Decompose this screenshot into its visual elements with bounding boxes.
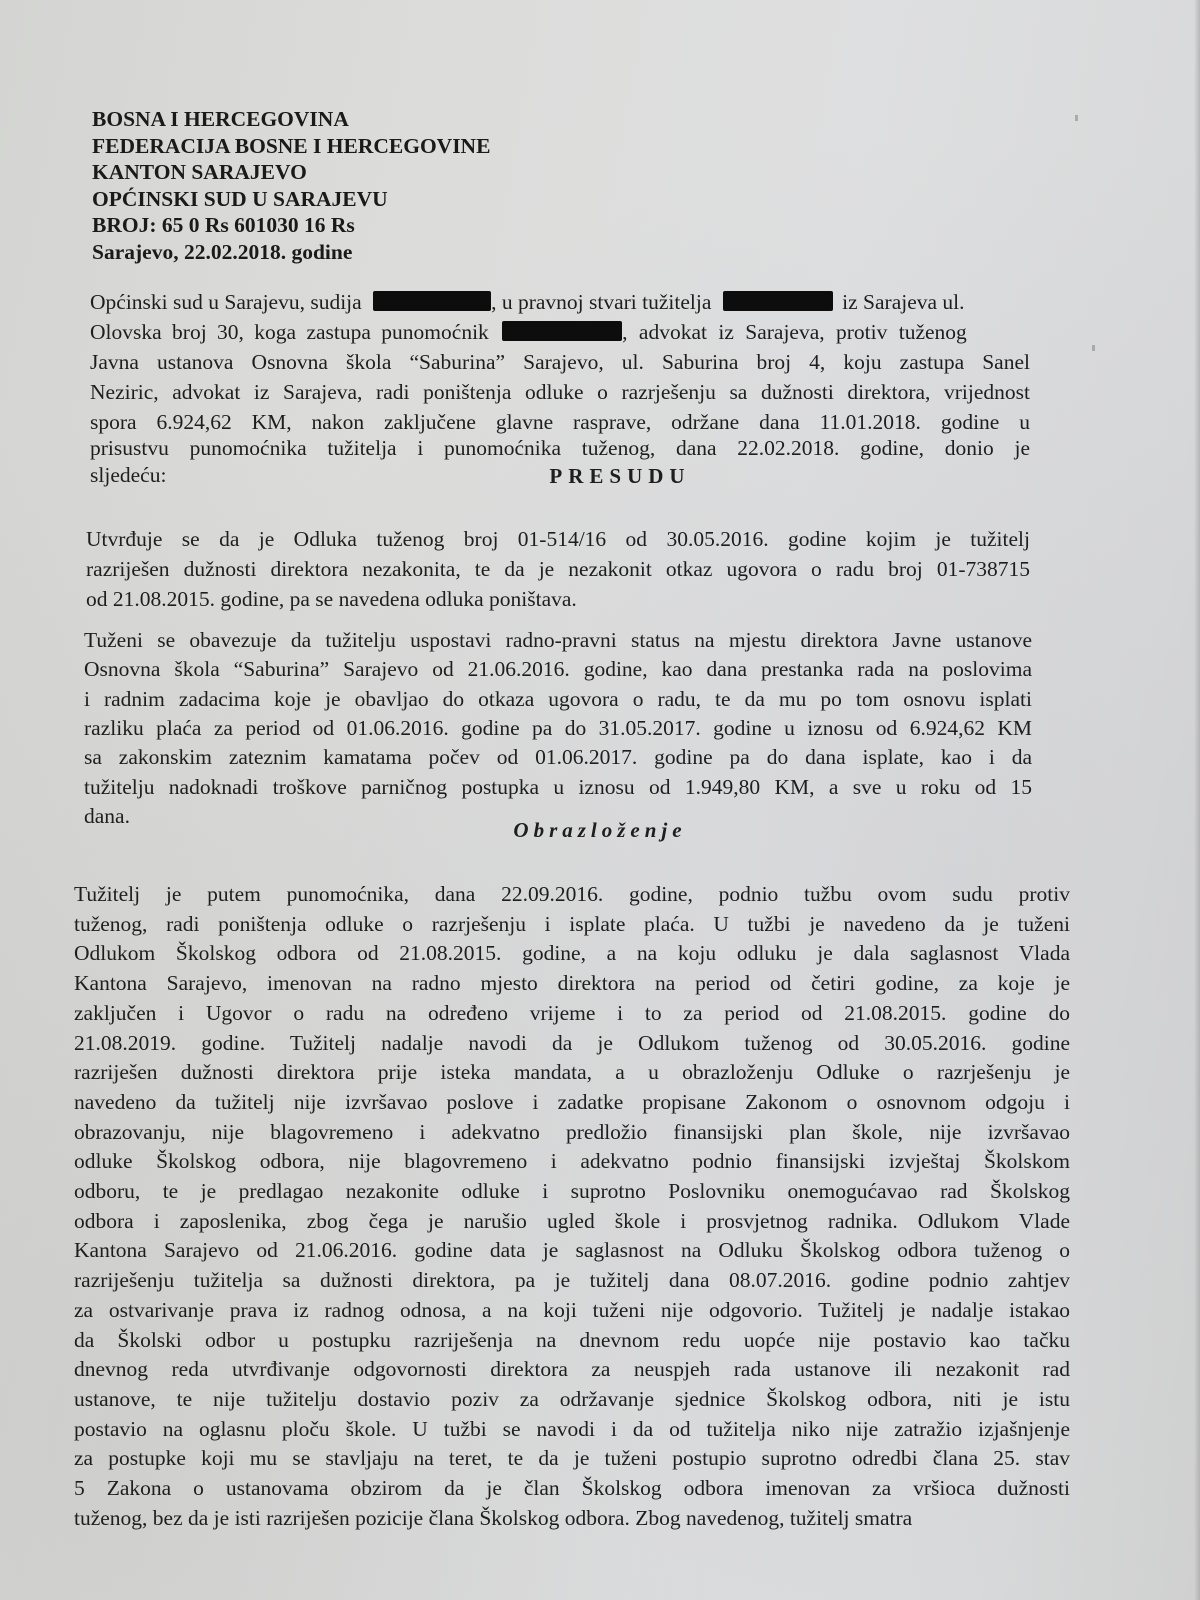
intro-line: Neziric, advokat iz Sarajeva, radi poniš… [90, 378, 1030, 406]
text-line: Odlukom Školskog odbora od 21.08.2015. g… [74, 939, 1070, 967]
text-line: da Školski odbor u postupku razriješenja… [74, 1326, 1070, 1354]
text-line: zaključen i Ugovor o radu na određeno vr… [74, 999, 1070, 1027]
text-line: razriješen dužnosti direktora prije iste… [74, 1058, 1070, 1086]
text-line: ustanove, te nije tužitelju dostavio poz… [74, 1385, 1070, 1413]
case-number: BROJ: 65 0 Rs 601030 16 Rs [92, 212, 490, 239]
text-line: navedeno da tužitelj nije izvršavao posl… [74, 1088, 1070, 1116]
header-canton: KANTON SARAJEVO [92, 159, 490, 186]
text-line: obrazovanju, nije blagovremeno i adekvat… [74, 1118, 1070, 1146]
text-line: razliku plaća za period od 01.06.2016. g… [84, 714, 1032, 742]
text-line: tužitelju nadoknadi troškove parničnog p… [84, 773, 1032, 801]
paper-speck [1075, 115, 1078, 121]
text-line: dnevnog reda utvrđivanje odgovornosti di… [74, 1355, 1070, 1383]
text-line: Osnovna škola “Saburina” Sarajevo od 21.… [84, 655, 1032, 683]
text-line: Tužitelj je putem punomoćnika, dana 22.0… [74, 880, 1070, 908]
text-line: i radnim zadacima koje je obavljao do ot… [84, 685, 1032, 713]
header-country: BOSNA I HERCEGOVINA [92, 106, 490, 133]
paper-edge [1194, 0, 1200, 1600]
redacted-attorney-name [502, 321, 622, 341]
text-line: odboru, te je predlagao nezakonite odluk… [74, 1177, 1070, 1205]
text-line: sa zakonskim zateznim kamatama počev od … [84, 743, 1032, 771]
text-line: tuženog, radi poništenja odluke o razrje… [74, 910, 1070, 938]
intro-line: prisustvu punomoćnika tužitelja i punomo… [90, 434, 1030, 462]
reasoning-heading: Obrazloženje [0, 818, 1200, 843]
court-header: BOSNA I HERCEGOVINA FEDERACIJA BOSNE I H… [92, 106, 490, 265]
text-line: Kantona Sarajevo od 21.06.2016. godine d… [74, 1236, 1070, 1264]
header-federation: FEDERACIJA BOSNE I HERCEGOVINE [92, 133, 490, 160]
text-line: 21.08.2019. godine. Tužitelj nadalje nav… [74, 1029, 1070, 1057]
text-line: Kantona Sarajevo, imenovan na radno mjes… [74, 969, 1070, 997]
text-line: razriješen dužnosti direktora nezakonita… [86, 555, 1030, 583]
header-court: OPĆINSKI SUD U SARAJEVU [92, 186, 490, 213]
redacted-plaintiff-name [723, 291, 833, 311]
text-line: za ostvarivanje prava iz radnog odnosa, … [74, 1296, 1070, 1324]
intro-line: spora 6.924,62 KM, nakon zaključene glav… [90, 408, 1030, 436]
verdict-heading: PRESUDU [0, 464, 1200, 489]
text-line: 5 Zakona o ustanovama obzirom da je član… [74, 1474, 1070, 1502]
intro-line: Javna ustanova Osnovna škola “Saburina” … [90, 348, 1030, 376]
intro-line: Olovska broj 30, koga zastupa punomoćnik… [90, 318, 1030, 346]
text-line: od 21.08.2015. godine, pa se navedena od… [86, 585, 1030, 613]
place-date: Sarajevo, 22.02.2018. godine [92, 239, 490, 266]
text-line: odluke Školskog odbora, nije blagovremen… [74, 1147, 1070, 1175]
text-line: Utvrđuje se da je Odluka tuženog broj 01… [86, 525, 1030, 553]
intro-line: Općinski sud u Sarajevu, sudija , u prav… [90, 288, 1030, 316]
paper-speck [1092, 345, 1095, 351]
redacted-judge-name [373, 291, 491, 311]
text-line: razriješenju tužitelja sa dužnosti direk… [74, 1266, 1070, 1294]
text-line: tuženog, bez da je isti razriješen pozic… [74, 1504, 1070, 1532]
text-line: postavio na oglasnu ploču škole. U tužbi… [74, 1415, 1070, 1443]
text-line: odbora i zaposlenika, zbog čega je naruš… [74, 1207, 1070, 1235]
text-line: Tuženi se obavezuje da tužitelju usposta… [84, 626, 1032, 654]
text-line: za postupke koji mu se stavljaju na tere… [74, 1444, 1070, 1472]
